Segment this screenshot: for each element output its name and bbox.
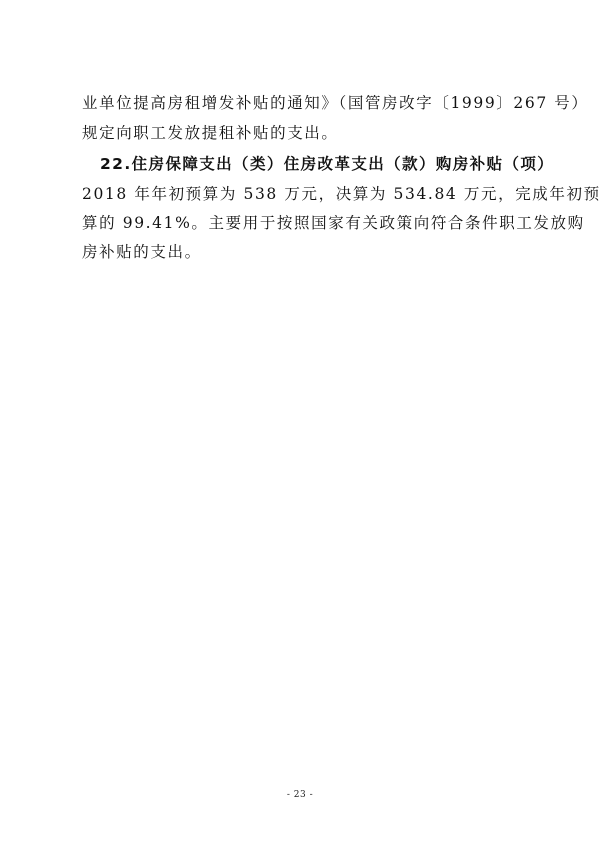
document-page: 业单位提高房租增发补贴的通知》（国管房改字〔1999〕267 号） 规定向职工发… [0,0,600,848]
section-heading: 22.住房保障支出（类）住房改革支出（款）购房补贴（项） [100,154,560,174]
page-number: - 23 - [0,790,600,800]
paragraph-line: 算的 99.41%。主要用于按照国家有关政策向符合条件职工发放购 [82,213,542,233]
paragraph-line: 2018 年年初预算为 538 万元，决算为 534.84 万元，完成年初预 [82,184,542,204]
paragraph-line: 房补贴的支出。 [82,242,542,262]
paragraph-line: 规定向职工发放提租补贴的支出。 [82,123,542,143]
paragraph-line: 业单位提高房租增发补贴的通知》（国管房改字〔1999〕267 号） [82,93,542,113]
